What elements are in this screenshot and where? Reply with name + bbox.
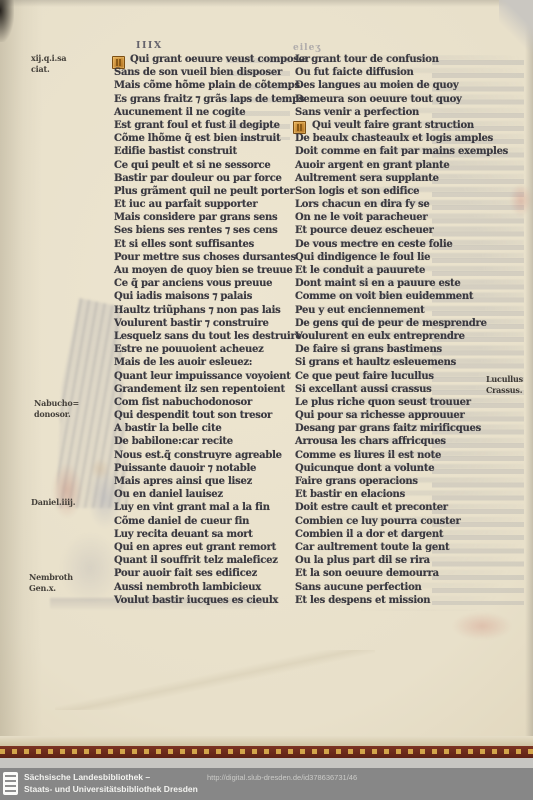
verse-line: Qui iadis maisons ⁊ palais — [114, 290, 296, 303]
verse-line: Aultrement sera supplante — [295, 172, 507, 185]
verse-line: Qui pour sa richesse approuuer — [295, 409, 507, 422]
verse-line: Aucunement il ne cogite — [114, 106, 296, 119]
manuscript-page: IIIX eileʒ xij.q.i.sa ciat. Nabucho= don… — [0, 0, 533, 744]
verse-line: Luy en vint grant mal a la fin — [114, 501, 296, 514]
verse-line: Grandement ilz sen repentoient — [114, 383, 296, 396]
verse-line: Com fist nabuchodonosor — [114, 396, 296, 409]
page-corner-highlight — [499, 0, 533, 58]
verse-line: Sans de son vueil bien disposer — [114, 66, 296, 79]
verse-line: Et pource deuez escheuer — [295, 224, 507, 237]
verse-line: Estre ne pouuoient acheuez — [114, 343, 296, 356]
right-text-column: La grant tour de confusionOu fut faicte … — [295, 53, 507, 607]
verse-line: Sans venir a perfection — [295, 106, 507, 119]
verse-line: Sans aucune perfection — [295, 581, 507, 594]
verse-line: Quicunque dont a volunte — [295, 462, 507, 475]
verse-line: Combien il a dor et dargent — [295, 528, 507, 541]
verse-line: De vous mectre en ceste folie — [295, 238, 507, 251]
verse-line: Son logis et son edifice — [295, 185, 507, 198]
verse-line: Car aultrement toute la gent — [295, 541, 507, 554]
parchment-wrinkle — [55, 650, 375, 710]
verse-line: Aussi nembroth lambicieux — [114, 581, 296, 594]
table-background — [0, 758, 533, 768]
verse-line: Est grant foul et fust il degipte — [114, 119, 296, 132]
verse-line: Le plus riche quon seust trouuer — [295, 396, 507, 409]
verse-line: Et le conduit a pauurete — [295, 264, 507, 277]
library-name: Sächsische Landesbibliothek – Staats- un… — [24, 772, 198, 795]
gilded-binding-edge — [0, 746, 533, 758]
verse-line: Auoir argent en grant plante — [295, 159, 507, 172]
verse-line: Haultz triũphans ⁊ non pas lais — [114, 304, 296, 317]
page-top-shadow — [0, 0, 533, 7]
library-name-line2: Staats- und Universitätsbibliothek Dresd… — [24, 784, 198, 796]
verse-line: Combien ce luy pourra couster — [295, 515, 507, 528]
folio-number-showthrough: IIIX — [136, 40, 163, 51]
verse-line: Si grans et haultz esleuemens — [295, 356, 507, 369]
verse-line: Au moyen de quoy bien se treuue — [114, 264, 296, 277]
verse-line: Pour mettre sus choses dursantes — [114, 251, 296, 264]
verse-line: Comme on voit bien euidemment — [295, 290, 507, 303]
verse-line: Mais de les auoir esleuez: — [114, 356, 296, 369]
verse-line: Lesquelz sans du tout les destruire — [114, 330, 296, 343]
margin-note-line: Nembroth — [29, 572, 73, 583]
scan-viewer: IIIX eileʒ xij.q.i.sa ciat. Nabucho= don… — [0, 0, 533, 800]
verse-line: Es grans fraitz ⁊ grãs laps de temps — [114, 93, 296, 106]
margin-note-nabuchodonosor: Nabucho= donosor. — [34, 398, 79, 419]
verse-line: Cõme lhõme q̃ est bien instruit — [114, 132, 296, 145]
verse-line: Voulurent bastir ⁊ construire — [114, 317, 296, 330]
verse-line: Bastir par douleur ou par force — [114, 172, 296, 185]
verse-line: Desang par grans faitz mirificques — [295, 422, 507, 435]
margin-note-line: donosor. — [34, 409, 79, 420]
page-gutter-shadow — [0, 0, 42, 744]
verse-line: Mais considere par grans sens — [114, 211, 296, 224]
verse-line: Luy recita deuant sa mort — [114, 528, 296, 541]
page-block-edge — [0, 736, 533, 746]
verse-line: De babilone:car recite — [114, 435, 296, 448]
verse-line: Puissante dauoir ⁊ notable — [114, 462, 296, 475]
document-url[interactable]: http://digital.slub-dresden.de/id3786367… — [207, 773, 357, 782]
verse-line: Qui dindigence le foul lie — [295, 251, 507, 264]
verse-line: Ou fut faicte diffusion — [295, 66, 507, 79]
verse-line: Si excellant aussi crassus — [295, 383, 507, 396]
verse-line: Et les despens et mission — [295, 594, 507, 607]
verse-line: Ce qui peult et si ne sessorce — [114, 159, 296, 172]
margin-note-daniel: Daniel.iiij. — [31, 497, 75, 508]
verse-line: Voulut bastir iucques es cieulx — [114, 594, 296, 607]
footer-bar: Sächsische Landesbibliothek – Staats- un… — [0, 768, 533, 800]
verse-line: Ou en daniel lauisez — [114, 488, 296, 501]
verse-line: Et la son oeuure demourra — [295, 567, 507, 580]
verse-line: Et iuc au parfait supporter — [114, 198, 296, 211]
verse-line: Quant il souffrit telz maleficez — [114, 554, 296, 567]
page-right-shadow — [525, 0, 533, 744]
folio-mark-showthrough: eileʒ — [293, 43, 321, 53]
verse-line: Lors chacun en dira fy se — [295, 198, 507, 211]
verse-line: Faire grans operacions — [295, 475, 507, 488]
library-name-line1: Sächsische Landesbibliothek – — [24, 772, 198, 784]
verse-line: De beaulx chasteaulx et logis amples — [295, 132, 507, 145]
margin-note-line: Gen.x. — [29, 583, 73, 594]
verse-line: Et bastir en elacions — [295, 488, 507, 501]
verse-line: Qui despendit tout son tresor — [114, 409, 296, 422]
figure-showthrough — [90, 458, 110, 480]
margin-note-citation: xij.q.i.sa ciat. — [31, 53, 66, 74]
verse-line: Demeura son oeuure tout quoy — [295, 93, 507, 106]
verse-line: Dont maint si en a pauure este — [295, 277, 507, 290]
red-stamp-showthrough — [452, 612, 512, 640]
verse-line: La grant tour de confusion — [295, 53, 507, 66]
verse-line: Comme es liures il est note — [295, 449, 507, 462]
verse-line: Des langues au moien de quoy — [295, 79, 507, 92]
verse-line: Nous est.q̃ construyre agreable — [114, 449, 296, 462]
verse-line: Cõme daniel de cueur fin — [114, 515, 296, 528]
verse-line: Qui en apres eut grant remort — [114, 541, 296, 554]
margin-note-line: Nabucho= — [34, 398, 79, 409]
verse-line: Ce q̃ par anciens vous preuue — [114, 277, 296, 290]
figure-showthrough — [52, 463, 82, 518]
verse-line: De faire si grans bastimens — [295, 343, 507, 356]
verse-line: Ses biens ses rentes ⁊ ses cens — [114, 224, 296, 237]
slub-logo-icon — [3, 772, 18, 795]
verse-line: Plus grãment quil ne peult porter — [114, 185, 296, 198]
verse-line: On ne le voit paracheuer — [295, 211, 507, 224]
verse-line: Qui grant oeuure veust composer — [114, 53, 296, 66]
binding-dark-spot — [0, 0, 14, 42]
verse-line: Quant leur impuissance voyoient — [114, 370, 296, 383]
verse-line: A bastir la belle cite — [114, 422, 296, 435]
verse-line: Mais cõme hõme plain de cõtemps — [114, 79, 296, 92]
verse-line: Arrousa les chars affricques — [295, 435, 507, 448]
verse-line: Pour auoir fait ses edificez — [114, 567, 296, 580]
verse-line: Ce que peut faire lucullus — [295, 370, 507, 383]
left-text-column: Qui grant oeuure veust composerSans de s… — [114, 53, 296, 607]
margin-note-line: ciat. — [31, 64, 66, 75]
verse-line: Ou la plus part dil se rira — [295, 554, 507, 567]
verse-line: Voulurent en eulx entreprendre — [295, 330, 507, 343]
verse-line: Doit comme en fait par mains exemples — [295, 145, 507, 158]
verse-line: Edifie bastist construit — [114, 145, 296, 158]
margin-note-line: xij.q.i.sa — [31, 53, 66, 64]
verse-line: Qui veult faire grant struction — [295, 119, 507, 132]
verse-line: Mais apres ainsi que lisez — [114, 475, 296, 488]
verse-line: De gens qui de peur de mesprendre — [295, 317, 507, 330]
margin-note-nembroth: Nembroth Gen.x. — [29, 572, 73, 593]
verse-line: Doit estre cault et preconter — [295, 501, 507, 514]
verse-line: Et si elles sont suffisantes — [114, 238, 296, 251]
margin-note-line: Daniel.iiij. — [31, 497, 75, 508]
verse-line: Peu y eut enciennement — [295, 304, 507, 317]
